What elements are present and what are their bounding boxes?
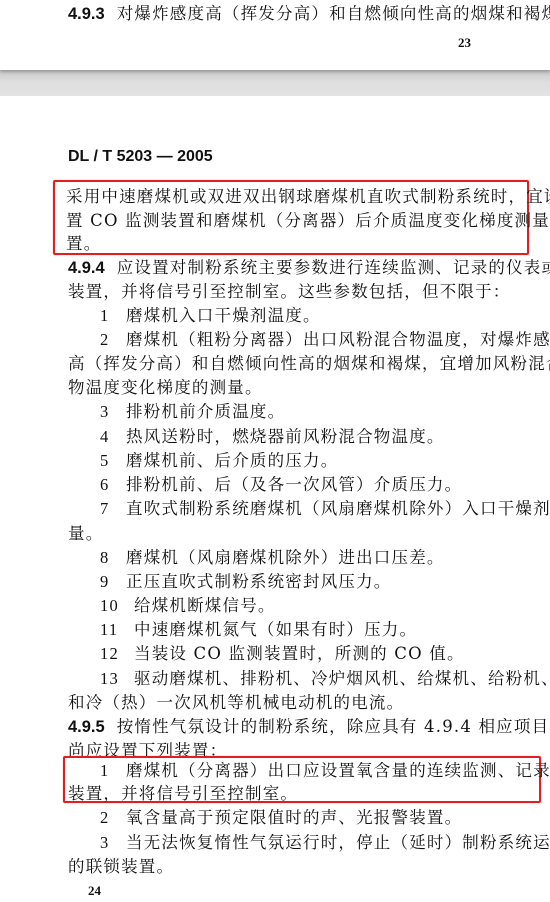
list-item: 3当无法恢复惰性气氛运行时，停止（延时）制粉系统运行 bbox=[100, 833, 550, 853]
clause-number: 4.9.5 bbox=[68, 718, 105, 736]
list-item: 1磨煤机入口干燥剂温度。 bbox=[100, 306, 321, 326]
text-line: 装置，并将信号引至控制室。这些参数包括，但不限于： bbox=[68, 282, 511, 302]
list-item: 5磨煤机前、后介质的压力。 bbox=[100, 451, 338, 471]
list-item: 8磨煤机（风扇磨煤机除外）进出口压差。 bbox=[100, 548, 445, 568]
text-line: 高（挥发分高）和自燃倾向性高的烟煤和褐煤，宜增加风粉混合 bbox=[68, 354, 550, 374]
text-line: 的联锁装置。 bbox=[68, 857, 174, 877]
clause-text: 应设置对制粉系统主要参数进行连续监测、记录的仪表或 bbox=[117, 258, 550, 277]
clause-number: 4.9.3 bbox=[68, 5, 105, 23]
clause-text: 对爆炸感度高（挥发分高）和自燃倾向性高的烟煤和褐煤， bbox=[117, 4, 550, 23]
text-line: 置。 bbox=[66, 234, 101, 254]
list-item: 11中速磨煤机氮气（如果有时）压力。 bbox=[100, 620, 417, 640]
clause-495-line: 4.9.5按惰性气氛设计的制粉系统，除应具有 4.9.4 相应项目外， bbox=[68, 717, 550, 737]
page-separator bbox=[0, 70, 550, 96]
list-item: 10给煤机断煤信号。 bbox=[100, 596, 276, 616]
text-line: 量。 bbox=[68, 524, 103, 544]
text-line: 和冷（热）一次风机等机械电动机的电流。 bbox=[68, 693, 404, 713]
list-item: 3排粉机前介质温度。 bbox=[100, 402, 285, 422]
list-item: 6排粉机前、后（及各一次风管）介质压力。 bbox=[100, 475, 462, 495]
page-number: 23 bbox=[458, 35, 471, 51]
list-item: 13驱动磨煤机、排粉机、冷炉烟风机、给煤机、给粉机、 bbox=[100, 669, 550, 689]
list-item: 9正压直吹式制粉系统密封风压力。 bbox=[100, 572, 392, 592]
page-23-fragment: 4.9.3对爆炸感度高（挥发分高）和自燃倾向性高的烟煤和褐煤， 23 bbox=[0, 0, 550, 70]
clause-494-line: 4.9.4应设置对制粉系统主要参数进行连续监测、记录的仪表或 bbox=[68, 258, 550, 278]
list-item: 2氧含量高于预定限值时的声、光报警装置。 bbox=[100, 808, 462, 828]
page-24: DL / T 5203 — 2005 采用中速磨煤机或双进双出钢球磨煤机直吹式制… bbox=[0, 96, 550, 902]
list-item: 7直吹式制粉系统磨煤机（风扇磨煤机除外）入口干燥剂流 bbox=[100, 499, 550, 519]
clause-number: 4.9.4 bbox=[68, 259, 105, 277]
list-item: 2磨煤机（粗粉分离器）出口风粉混合物温度，对爆炸感度 bbox=[100, 330, 550, 350]
text-line: 装置，并将信号引至控制室。 bbox=[68, 784, 298, 804]
list-item: 4热风送粉时，燃烧器前风粉混合物温度。 bbox=[100, 427, 445, 447]
text-line: 置 CO 监测装置和磨煤机（分离器）后介质温度变化梯度测量装 bbox=[66, 211, 550, 231]
list-item: 12当装设 CO 监测装置时，所测的 CO 值。 bbox=[100, 644, 465, 664]
list-item: 1磨煤机（分离器）出口应设置氧含量的连续监测、记录的 bbox=[100, 761, 550, 781]
clause-text: 按惰性气氛设计的制粉系统，除应具有 4.9.4 相应项目外， bbox=[117, 717, 550, 736]
text-line: 采用中速磨煤机或双进双出钢球磨煤机直吹式制粉系统时，宜设 bbox=[66, 187, 550, 207]
text-line: 物温度变化梯度的测量。 bbox=[68, 378, 263, 398]
page-number: 24 bbox=[88, 883, 101, 899]
document-header: DL / T 5203 — 2005 bbox=[68, 148, 213, 166]
clause-493-line: 4.9.3对爆炸感度高（挥发分高）和自燃倾向性高的烟煤和褐煤， bbox=[68, 4, 550, 24]
